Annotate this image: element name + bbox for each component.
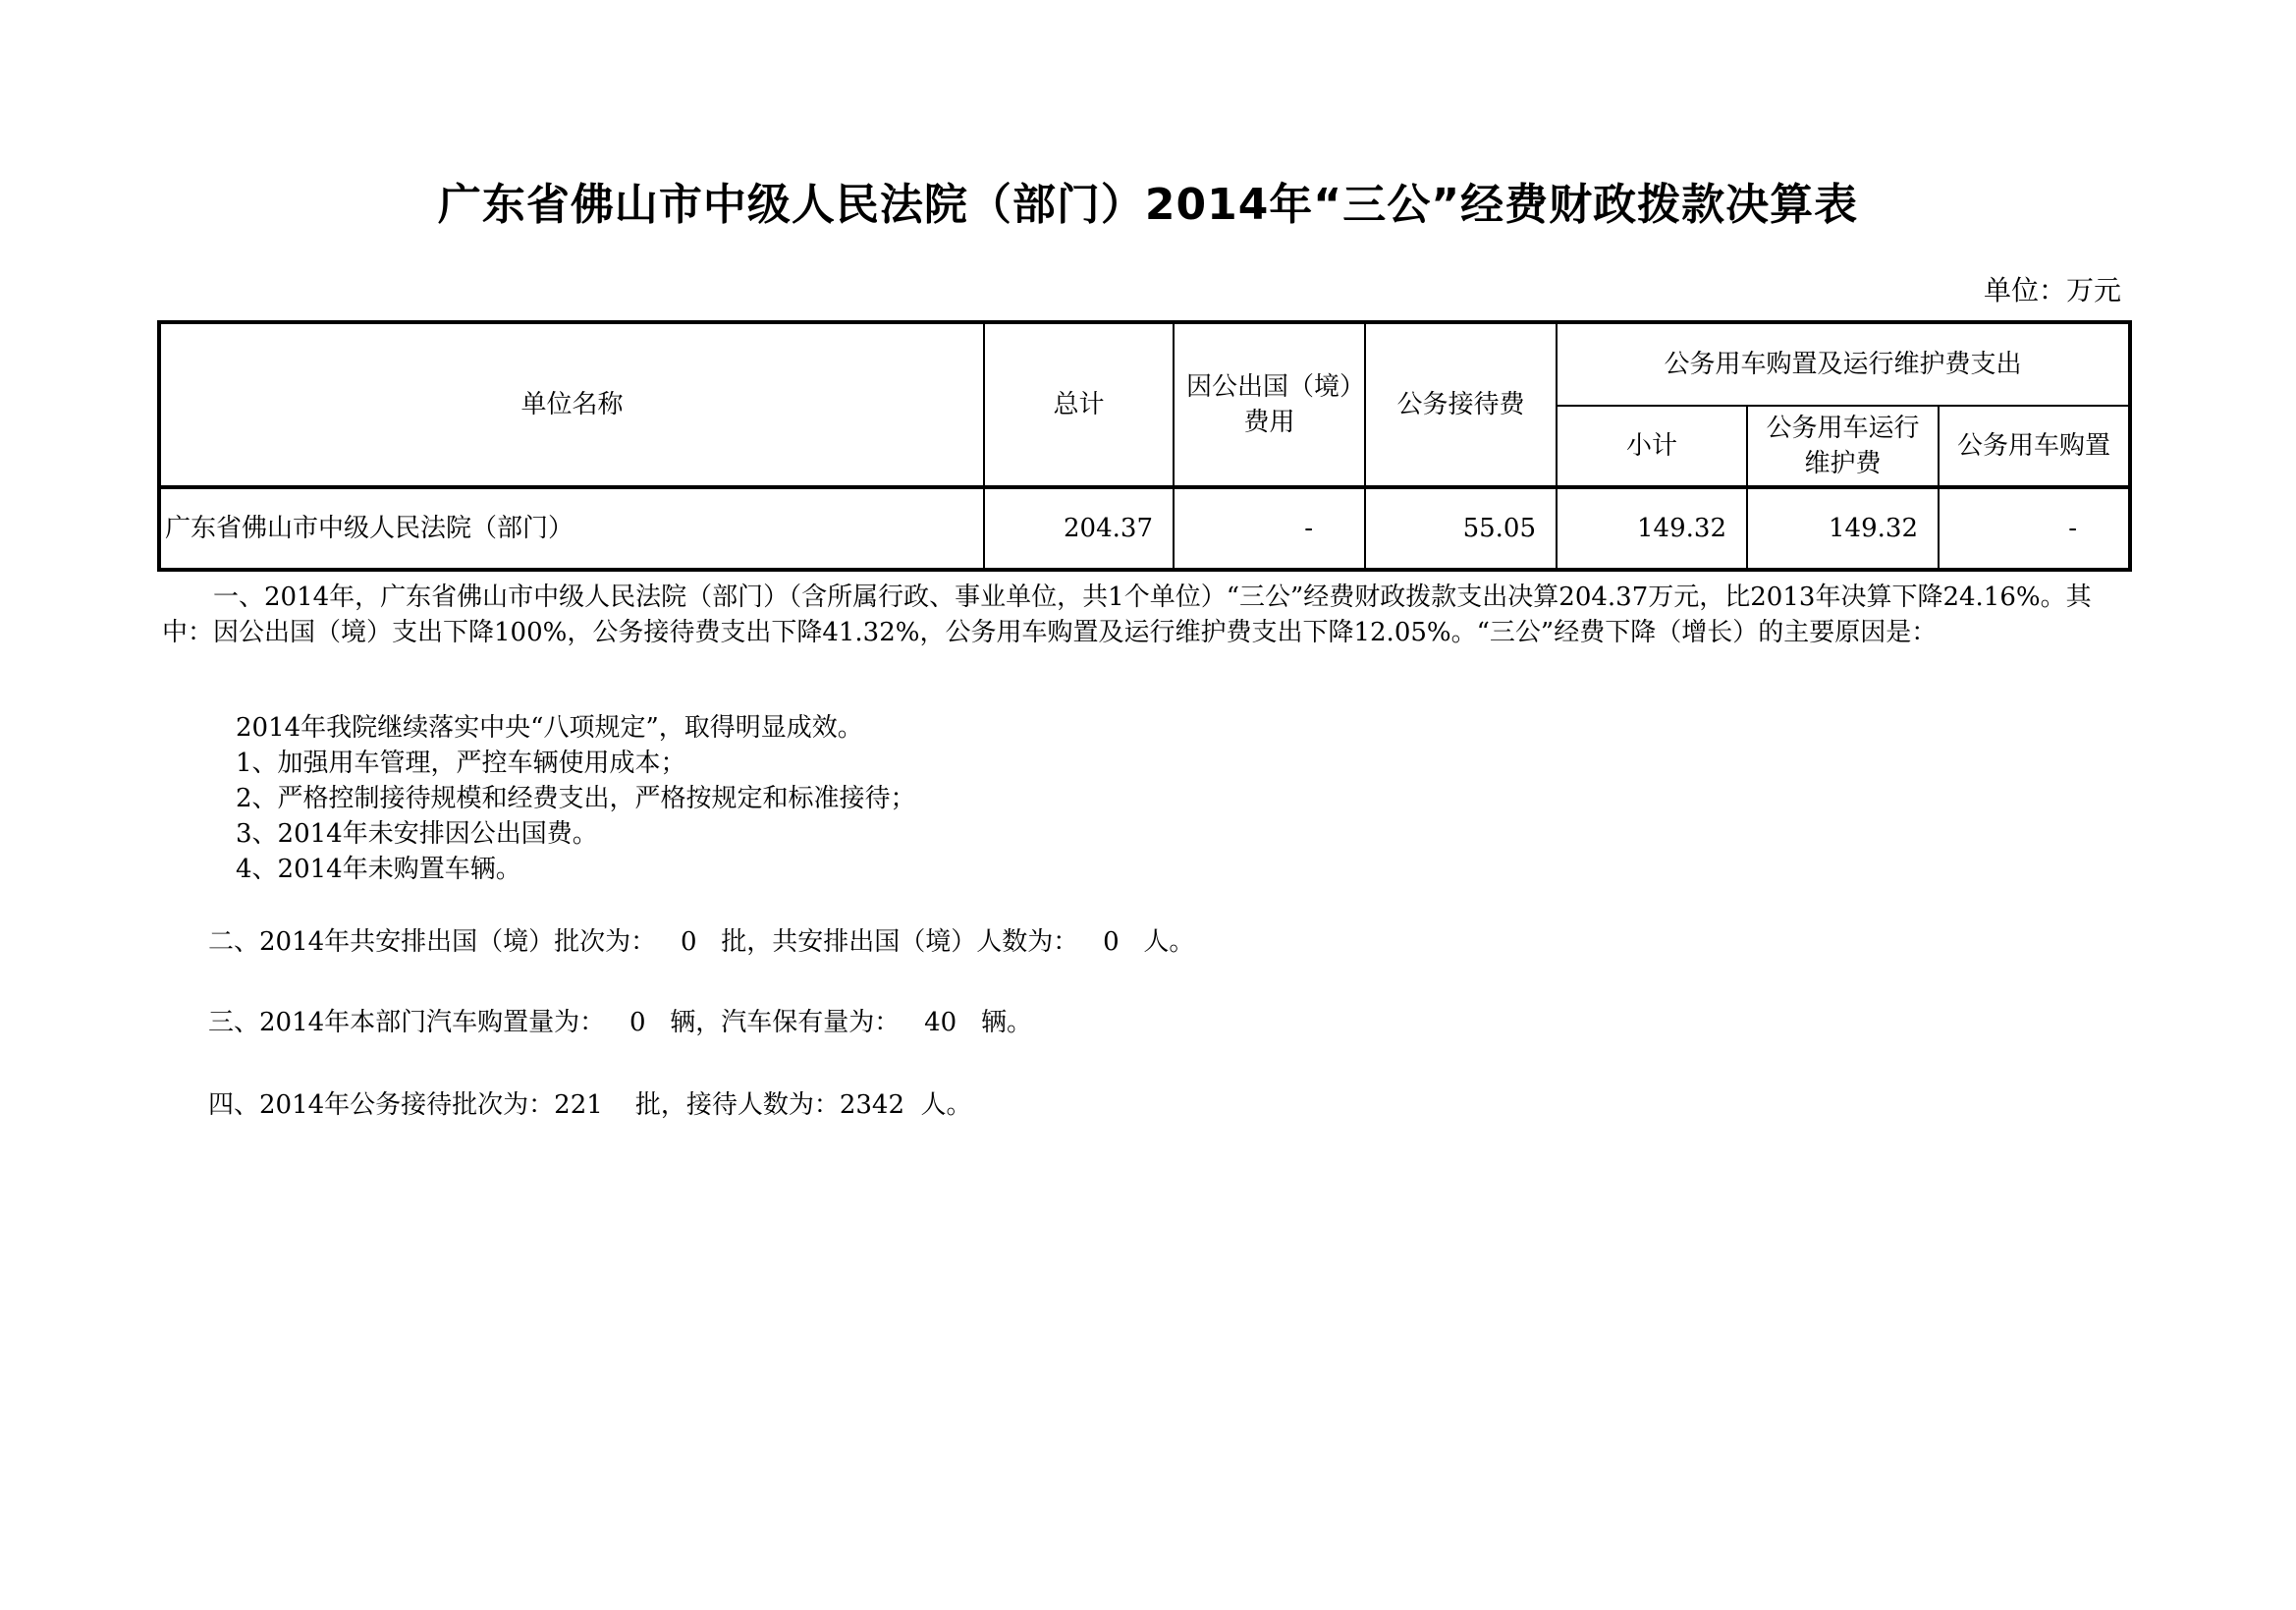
cell-overseas: - <box>1174 487 1365 570</box>
table-row: 广东省佛山市中级人民法院（部门） 204.37 - 55.05 149.32 1… <box>159 487 2130 570</box>
header-overseas: 因公出国（境）费用 <box>1174 322 1365 487</box>
reason-item: 1、加强用车管理，严控车辆使用成本； <box>236 743 686 779</box>
reason-item: 4、2014年未购置车辆。 <box>236 849 521 885</box>
document-title: 广东省佛山市中级人民法院（部门）2014年“三公”经费财政拨款决算表 <box>0 169 2296 232</box>
cell-total: 204.37 <box>984 487 1174 570</box>
table-header-row: 单位名称 总计 因公出国（境）费用 公务接待费 公务用车购置及运行维护费支出 <box>159 322 2130 406</box>
reception-count-note: 四、2014年公务接待批次为：221 批，接待人数为：2342 人。 <box>208 1084 972 1121</box>
header-vehicle-subtotal: 小计 <box>1557 406 1747 487</box>
unit-label: 单位：万元 <box>1984 269 2121 308</box>
reason-item: 3、2014年未安排因公出国费。 <box>236 813 598 850</box>
header-total: 总计 <box>984 322 1174 487</box>
cell-vehicle-operation: 149.32 <box>1747 487 1939 570</box>
vehicle-count-note: 三、2014年本部门汽车购置量为： 0 辆，汽车保有量为： 40 辆。 <box>208 1002 1032 1038</box>
summary-paragraph: 一、2014年，广东省佛山市中级人民法院（部门）（含所属行政、事业单位，共1个单… <box>162 580 2126 650</box>
expenditure-table: 单位名称 总计 因公出国（境）费用 公务接待费 公务用车购置及运行维护费支出 小… <box>157 320 2132 572</box>
header-vehicle-operation: 公务用车运行维护费 <box>1747 406 1939 487</box>
cell-reception: 55.05 <box>1365 487 1557 570</box>
reason-item: 2014年我院继续落实中央“八项规定”，取得明显成效。 <box>236 707 863 744</box>
header-vehicle-purchase: 公务用车购置 <box>1939 406 2130 487</box>
reason-item: 2、严格控制接待规模和经费支出，严格按规定和标准接待； <box>236 778 916 814</box>
cell-unit-name: 广东省佛山市中级人民法院（部门） <box>159 487 984 570</box>
cell-vehicle-purchase: - <box>1939 487 2130 570</box>
header-vehicle-group: 公务用车购置及运行维护费支出 <box>1557 322 2130 406</box>
header-unit-name: 单位名称 <box>159 322 984 487</box>
cell-vehicle-subtotal: 149.32 <box>1557 487 1747 570</box>
header-reception: 公务接待费 <box>1365 322 1557 487</box>
overseas-trips-note: 二、2014年共安排出国（境）批次为： 0 批，共安排出国（境）人数为： 0 人… <box>208 921 1194 958</box>
